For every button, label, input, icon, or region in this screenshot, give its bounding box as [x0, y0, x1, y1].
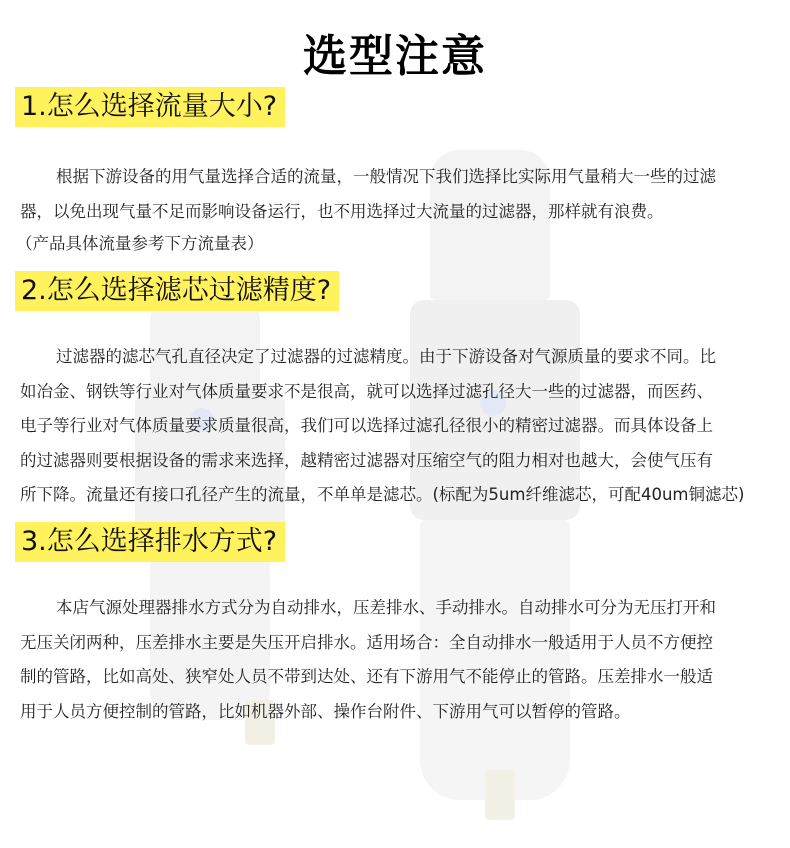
- section-body-flow: 根据下游设备的用气量选择合适的流量，一般情况下我们选择比实际用气量稍大一些的过滤…: [20, 160, 780, 259]
- paragraph-line: 用于人员方便控制的管路，比如机器外部、操作台附件、下游用气可以暂停的管路。: [20, 695, 780, 730]
- paragraph-line: 本店气源处理器排水方式分为自动排水，压差排水、手动排水。自动排水可分为无压打开和: [20, 591, 780, 626]
- paragraph-line: 的过滤器则要根据设备的需求来选择，越精密过滤器对压缩空气的阻力相对也越大，会使气…: [20, 444, 780, 479]
- paragraph-line: 根据下游设备的用气量选择合适的流量，一般情况下我们选择比实际用气量稍大一些的过滤: [20, 160, 780, 195]
- selection-notes-document: 选型注意 1.怎么选择流量大小? 根据下游设备的用气量选择合适的流量，一般情况下…: [0, 0, 790, 848]
- section-heading-flow: 1.怎么选择流量大小?: [15, 87, 285, 127]
- paragraph-line: 制的管路，比如高处、狭窄处人员不带到达处、还有下游用气不能停止的管路。压差排水一…: [20, 660, 780, 695]
- paragraph-line: 过滤器的滤芯气孔直径决定了过滤器的过滤精度。由于下游设备对气源质量的要求不同。比: [20, 340, 780, 375]
- page-title: 选型注意: [0, 20, 790, 84]
- flow-table-note: （产品具体流量参考下方流量表）: [16, 229, 780, 259]
- paragraph-line: 所下降。流量还有接口孔径产生的流量，不单单是滤芯。(标配为5um纤维滤芯，可配4…: [20, 478, 780, 513]
- section-heading-drain-method: 3.怎么选择排水方式?: [15, 522, 285, 562]
- paragraph-line: 如冶金、钢铁等行业对气体质量要求不是很高，就可以选择过滤孔径大一些的过滤器，而医…: [20, 375, 780, 410]
- paragraph-line: 无压关闭两种，压差排水主要是失压开启排水。适用场合：全自动排水一般适用于人员不方…: [20, 626, 780, 661]
- paragraph-line: 电子等行业对气体质量要求质量很高，我们可以选择过滤孔径很小的精密过滤器。而具体设…: [20, 409, 780, 444]
- section-body-filter-precision: 过滤器的滤芯气孔直径决定了过滤器的过滤精度。由于下游设备对气源质量的要求不同。比…: [20, 340, 780, 513]
- section-body-drain-method: 本店气源处理器排水方式分为自动排水，压差排水、手动排水。自动排水可分为无压打开和…: [20, 591, 780, 729]
- section-heading-filter-precision: 2.怎么选择滤芯过滤精度?: [15, 271, 339, 311]
- paragraph-line: 器，以免出现气量不足而影响设备运行，也不用选择过大流量的过滤器，那样就有浪费。: [20, 195, 780, 230]
